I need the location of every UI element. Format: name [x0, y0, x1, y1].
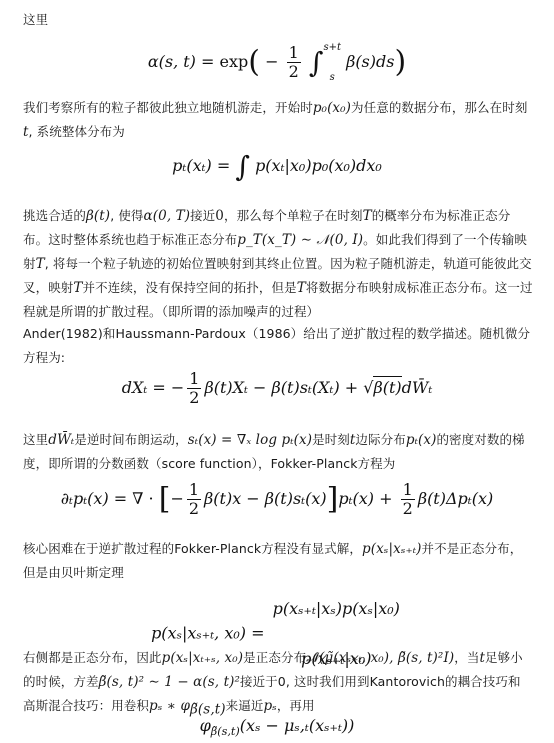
p2-math: T: [73, 280, 82, 296]
eq1-frac-num: 1: [287, 44, 301, 63]
p2-math: β(t): [86, 208, 110, 224]
eq3-lhs: dXₜ: [122, 378, 148, 397]
eq1-fraction: 1 2: [287, 44, 301, 82]
p2-math: T: [297, 280, 306, 296]
intro-label: 这里: [23, 8, 533, 32]
eq1-func: exp: [220, 52, 249, 71]
eq4-lbracket: [: [159, 482, 171, 517]
eq4-frac-den: 2: [187, 500, 201, 518]
eq1-frac-den: 2: [287, 63, 301, 81]
eq5-numerator: p(xₛ₊ₜ|xₛ)p(xₛ|x₀): [273, 584, 400, 634]
p6-text: 来逼近: [226, 698, 264, 713]
p1-math: p₀(x₀): [313, 100, 351, 116]
integral-sign: ∫: [309, 46, 324, 79]
eq1-upper: s+t: [323, 43, 341, 53]
eq4-nabla: ∇ ·: [132, 489, 153, 508]
p4-text: 这里: [23, 432, 48, 447]
eq4-term: pₜ(x) +: [338, 489, 397, 508]
equation-reverse-sde: dXₜ = −12β(t)Xₜ − β(t)sₜ(Xₜ) + √β(t)dW̄ₜ: [0, 366, 554, 410]
p2-math: p_T(x_T) ∼ 𝒩(0, I): [237, 232, 363, 248]
eq3-fraction: 12: [187, 370, 201, 408]
paragraph-5: 核心困难在于逆扩散过程的Fokker-Planck方程没有显式解，p(xₛ|xₛ…: [23, 537, 533, 585]
p5-math: p(xₛ|xₛ₊ₜ): [362, 541, 422, 557]
p2-math: α(0, T): [144, 208, 191, 224]
p1-text: 我们考察所有的粒子都彼此独立地随机游走，开始时: [23, 100, 313, 115]
eq1-lower: s: [323, 73, 341, 83]
eq1-rparen: ): [394, 45, 406, 80]
eq1-lhs: α(s, t): [148, 52, 196, 71]
p2-text: 挑选合适的: [23, 208, 86, 223]
eq2-rhs: p(xₜ|x₀)p₀(x₀)dx₀: [255, 156, 382, 175]
eq6-phi-sub: β̃(s,t): [211, 725, 240, 738]
p4-math: dW̄ₜ: [48, 432, 74, 448]
eq6-phi: φ: [200, 716, 211, 735]
integral-sign: ∫: [235, 150, 250, 183]
equation-marginal: pₜ(xₜ) = ∫ p(xₜ|x₀)p₀(x₀)dx₀: [0, 146, 554, 186]
p6-text: ，再用: [277, 698, 315, 713]
eq4-equals: =: [114, 489, 127, 508]
eq3-term: dW̄ₜ: [402, 378, 433, 397]
p6-text: 是正态分布: [243, 650, 306, 665]
p2-math: 0: [215, 208, 224, 224]
p6-math: 𝒩(μ̃(xₛ₊ₜ, x₀), β̃(s, t)²I): [306, 650, 454, 666]
eq3-term: β(t)Xₜ − β(t)sₜ(Xₜ) +: [204, 378, 363, 397]
eq3-minus: −: [171, 378, 184, 397]
eq6-body: (xₛ − μₛ,ₜ(xₛ₊ₜ)): [240, 716, 355, 735]
eq4-tail: β(t)Δpₜ(x): [418, 489, 493, 508]
eq2-lhs: pₜ(xₜ): [172, 156, 212, 175]
eq2-equals: =: [217, 156, 230, 175]
equation-alpha: α(s, t) = exp( − 1 2 ∫s+ts β(s)ds): [0, 34, 554, 90]
p4-text: 边际分布: [355, 432, 405, 447]
p5-text: 核心困难在于逆扩散过程的Fokker-Planck方程没有显式解，: [23, 541, 362, 556]
document-page: 这里 α(s, t) = exp( − 1 2 ∫s+ts β(s)ds) 我们…: [0, 0, 554, 743]
eq1-equals: =: [201, 52, 214, 71]
p4-math: pₜ(x): [406, 432, 437, 448]
p2-math: T: [36, 256, 45, 272]
eq5-lhs: p(xₛ|xₛ₊ₜ, x₀): [151, 624, 246, 643]
eq3-frac-num: 1: [187, 370, 201, 389]
p3-text: Ander(1982)和Haussmann-Pardoux（1986）给出了逆扩…: [23, 326, 530, 365]
eq4-rbracket: ]: [327, 482, 339, 517]
p4-math: sₜ(x) = ∇ₓ log pₜ(x): [188, 432, 312, 448]
paragraph-4: 这里dW̄ₜ是逆时间布朗运动，sₜ(x) = ∇ₓ log pₜ(x)是时刻t边…: [23, 428, 533, 476]
sqrt-sign: √: [363, 378, 373, 397]
eq1-integrand: β(s)ds: [346, 52, 394, 71]
intro-text: 这里: [23, 12, 48, 27]
p2-math: T: [363, 208, 372, 224]
equation-bayes: p(xₛ|xₛ₊ₜ, x₀) = p(xₛ₊ₜ|xₛ)p(xₛ|x₀) p(xₛ…: [0, 584, 554, 634]
eq4-lhs: ∂ₜpₜ(x): [61, 489, 109, 508]
eq3-equals: =: [152, 378, 165, 397]
eq4-frac-num: 1: [187, 481, 201, 500]
equation-fokker-planck: ∂ₜpₜ(x) = ∇ · [−12β(t)x − β(t)sₜ(x)]pₜ(x…: [0, 476, 554, 522]
p6-text: ，当: [454, 650, 479, 665]
p6-text: 右侧都是正态分布，因此: [23, 650, 162, 665]
eq4-body: β(t)x − β(t)sₜ(x): [204, 489, 327, 508]
eq3-sqrt-content: β(t): [373, 376, 401, 397]
eq4-fraction-2: 12: [401, 481, 415, 519]
p6-math: p(xₛ|xₜ₊ₛ, x₀): [162, 650, 244, 666]
eq1-limits: s+ts: [323, 43, 341, 83]
p4-text: 是时刻: [312, 432, 350, 447]
eq4-frac2-den: 2: [401, 500, 415, 518]
paragraph-3: Ander(1982)和Haussmann-Pardoux（1986）给出了逆扩…: [23, 322, 533, 370]
p6-math: β̃(s, t)² ∼ 1 − α(s, t)²: [99, 674, 240, 690]
paragraph-2: 挑选合适的β(t), 使得α(0, T)接近0，那么每个单粒子在时刻T的概率分布…: [23, 204, 533, 324]
equation-phi: φβ̃(s,t)(xₛ − μₛ,ₜ(xₛ₊ₜ)): [0, 712, 554, 740]
eq4-minus: −: [170, 489, 183, 508]
eq4-frac2-num: 1: [401, 481, 415, 500]
eq5-equals: =: [251, 624, 264, 643]
paragraph-1: 我们考察所有的粒子都彼此独立地随机游走，开始时p₀(x₀)为任意的数据分布，那么…: [23, 96, 533, 144]
p1-text: 为任意的数据分布，那么在时刻: [351, 100, 527, 115]
eq1-lparen: (: [248, 45, 260, 80]
p2-text: , 使得: [110, 208, 143, 223]
paragraph-6: 右侧都是正态分布，因此p(xₛ|xₜ₊ₛ, x₀)是正态分布𝒩(μ̃(xₛ₊ₜ,…: [23, 646, 533, 718]
p2-text: 接近: [190, 208, 215, 223]
eq3-frac-den: 2: [187, 389, 201, 407]
eq4-fraction: 12: [187, 481, 201, 519]
p2-text: 并不连续，没有保持空间的拓扑，但是: [83, 280, 297, 295]
p2-text: ，那么每个单粒子在时刻: [224, 208, 363, 223]
p1-text: , 系统整体分布为: [29, 124, 125, 139]
p4-text: 是逆时间布朗运动，: [74, 432, 187, 447]
eq1-minus: −: [265, 52, 278, 71]
